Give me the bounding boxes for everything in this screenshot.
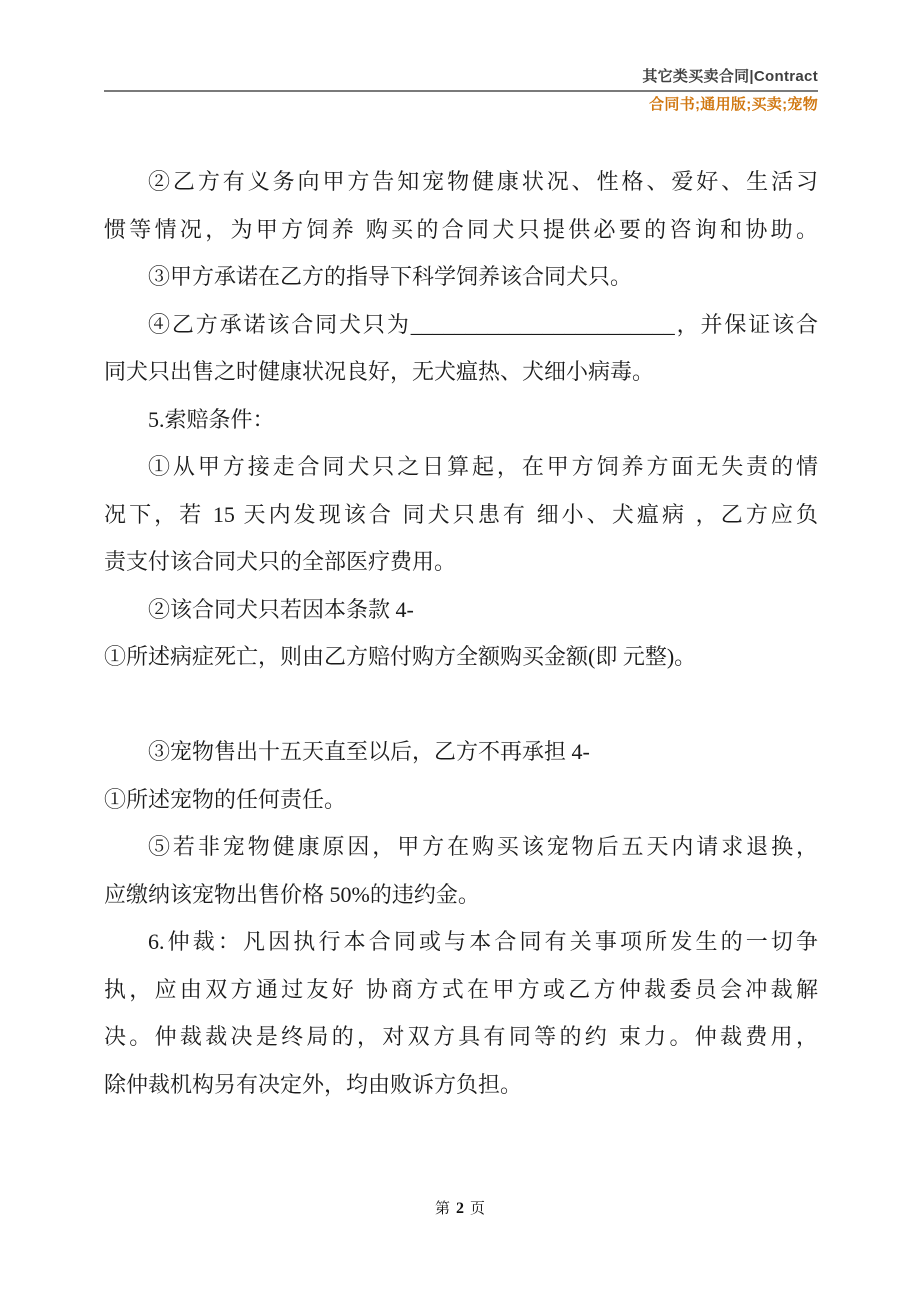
header-tags: 合同书;通用版;买卖;宠物 [104, 95, 818, 115]
footer-page-prefix: 第 [435, 1201, 450, 1217]
contract-line: 5.索赔条件： [104, 396, 818, 444]
contract-line: 6.仲裁：凡因执行本合同或与本合同有关事项所发生的一切争 [104, 918, 818, 966]
contract-line: ①所述宠物的任何责任。 [104, 776, 818, 824]
contract-line: ①所述病症死亡，则由乙方赔付购方全额购买金额(即 元整)。 [104, 633, 818, 681]
contract-line: ④乙方承诺该合同犬只为________________________，并保证该… [104, 301, 818, 349]
contract-line: ③宠物售出十五天直至以后，乙方不再承担 4- [104, 728, 818, 776]
contract-body: ②乙方有义务向甲方告知宠物健康状况、性格、爱好、生活习惯等情况，为甲方饲养 购买… [104, 158, 818, 1108]
contract-line: ①从甲方接走合同犬只之日算起，在甲方饲养方面无失责的情 [104, 443, 818, 491]
page-footer: 第2页 [0, 1196, 920, 1222]
header-category-title: 其它类买卖合同|Contract [104, 66, 818, 87]
contract-line: 责支付该合同犬只的全部医疗费用。 [104, 538, 818, 586]
footer-page-number: 2 [456, 1200, 464, 1217]
contract-line: ②乙方有义务向甲方告知宠物健康状况、性格、爱好、生活习 [104, 158, 818, 206]
contract-line: 况下，若 15 天内发现该合 同犬只患有 细小、犬瘟病 ，乙方应负 [104, 491, 818, 539]
document-page: 其它类买卖合同|Contract 合同书;通用版;买卖;宠物 ②乙方有义务向甲方… [0, 0, 920, 1302]
header-divider [104, 90, 818, 92]
footer-page-suffix: 页 [470, 1201, 485, 1217]
contract-line: 同犬只出售之时健康状况良好，无犬瘟热、犬细小病毒。 [104, 348, 818, 396]
contract-line: 惯等情况，为甲方饲养 购买的合同犬只提供必要的咨询和协助。 [104, 206, 818, 254]
contract-line: 执，应由双方通过友好 协商方式在甲方或乙方仲裁委员会冲裁解 [104, 966, 818, 1014]
contract-line: 应缴纳该宠物出售价格 50%的违约金。 [104, 871, 818, 919]
contract-line: ③甲方承诺在乙方的指导下科学饲养该合同犬只。 [104, 253, 818, 301]
page-header: 其它类买卖合同|Contract 合同书;通用版;买卖;宠物 [104, 66, 818, 115]
contract-line: 除仲裁机构另有决定外，均由败诉方负担。 [104, 1061, 818, 1109]
contract-line: ⑤若非宠物健康原因，甲方在购买该宠物后五天内请求退换， [104, 823, 818, 871]
contract-line: ②该合同犬只若因本条款 4- [104, 586, 818, 634]
contract-line [104, 681, 818, 729]
contract-line: 决。仲裁裁决是终局的，对双方具有同等的约 束力。仲裁费用， [104, 1013, 818, 1061]
